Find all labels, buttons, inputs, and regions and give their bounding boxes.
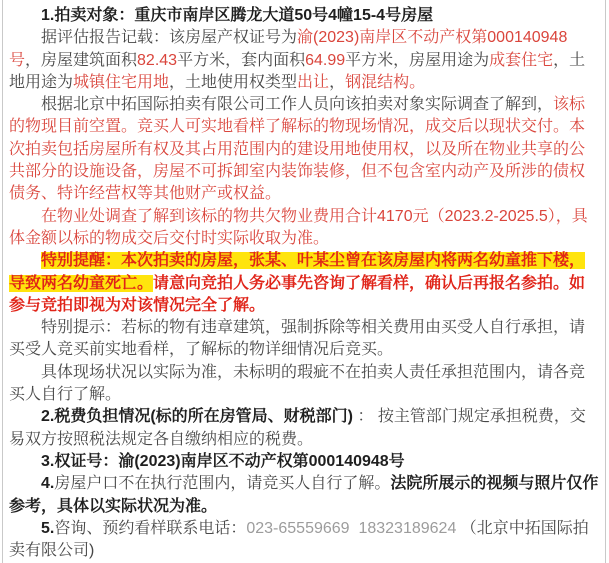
text-segment-2-0: 根据北京中拓国际拍卖有限公司工作人员向该拍卖对象实际调查了解到， <box>41 96 553 113</box>
text-segment-6-0: 具体现场状况以实际为准，未标明的瑕疵不在拍卖人责任承担范围内，请各竞买人自行了解… <box>9 364 585 403</box>
para-tax-burden: 2.税费负担情况(标的所在房管局、财税部门) ： 按主管部门规定承担税费，交易双… <box>9 406 599 451</box>
item-1-label: 1.拍卖对象： <box>41 7 134 24</box>
para-site-condition: 具体现场状况以实际为准，未标明的瑕疵不在拍卖人责任承担范围内，请各竞买人自行了解… <box>9 362 599 407</box>
para-certificate: 3.权证号：渝(2023)南岸区不动产权第000140948号 <box>9 451 599 473</box>
para-hukou: 4.房屋户口不在执行范围内，请竞买人自行了解。法院所展示的视频与照片仅作参考，具… <box>9 473 599 518</box>
item-3-certificate: 3.权证号：渝(2023)南岸区不动产权第000140948号 <box>41 453 405 470</box>
para-contact: 5.咨询、预约看样联系电话：023-65559669 18323189624 （… <box>9 518 599 563</box>
para-property-fee: 在物业处调查了解到该标的物共欠物业费用合计4170元（2023.2-2025.5… <box>9 206 599 251</box>
para-special-notice: 特别提示：若标的物有违章建筑，强制拆除等相关费用由买受人自行承担，请买受人竞买前… <box>9 317 599 362</box>
para-special-reminder: 特别提醒：本次拍卖的房屋，张某、叶某尘曾在该房屋内将两名幼童推下楼，导致两名幼童… <box>9 250 599 317</box>
text-segment-1-12: ， <box>329 74 345 91</box>
item-4-label: 4. <box>41 475 54 492</box>
text-segment-1-2: ，房屋建筑面积 <box>25 52 137 69</box>
para-auction-object: 1.拍卖对象：重庆市南岸区腾龙大道50号4幢15-4号房屋 <box>9 5 599 27</box>
house-usage: 成套住宅 <box>489 52 553 69</box>
text-segment-5-0: 特别提示：若标的物有违章建筑，强制拆除等相关费用由买受人自行承担，请买受人竞买前… <box>9 319 585 358</box>
structure-type: 钢混结构。 <box>345 74 425 91</box>
land-right-type: 出让 <box>297 74 329 91</box>
land-usage: 城镇住宅用地 <box>73 74 169 91</box>
auction-notice-body: 1.拍卖对象：重庆市南岸区腾龙大道50号4幢15-4号房屋据评估报告记载：该房屋… <box>9 5 599 562</box>
item-5-label: 5. <box>41 520 54 537</box>
phone-numbers: 023-65559669 18323189624 <box>246 520 460 537</box>
auction-notice: 1.拍卖对象：重庆市南岸区腾龙大道50号4幢15-4号房屋据评估报告记载：该房屋… <box>2 0 606 563</box>
property-fee-notice: 在物业处调查了解到该标的物共欠物业费用合计4170元（2023.2-2025.5… <box>9 208 588 247</box>
para-appraisal-report: 据评估报告记载：该房屋产权证号为渝(2023)南岸区不动产权第000140948… <box>9 27 599 94</box>
building-area: 82.43 <box>137 52 177 69</box>
para-investigation: 根据北京中拓国际拍卖有限公司工作人员向该拍卖对象实际调查了解到，该标的物现目前空… <box>9 94 599 205</box>
text-segment-1-6: 平方米，房屋用途为 <box>345 52 489 69</box>
text-segment-9-1: 房屋户口不在执行范围内，请竞买人自行了解。 <box>54 475 390 492</box>
text-segment-1-10: ，土地使用权类型 <box>169 74 297 91</box>
text-segment-1-0: 据评估报告记载：该房屋产权证号为 <box>41 29 297 46</box>
property-address: 重庆市南岸区腾龙大道50号4幢15-4号房屋 <box>134 7 433 24</box>
text-segment-10-1: 咨询、预约看样联系电话： <box>54 520 246 537</box>
inner-area: 64.99 <box>305 52 345 69</box>
item-2-label: 2.税费负担情况(标的所在房管局、财税部门) <box>41 408 353 425</box>
text-segment-1-4: 平方米，套内面积 <box>177 52 305 69</box>
